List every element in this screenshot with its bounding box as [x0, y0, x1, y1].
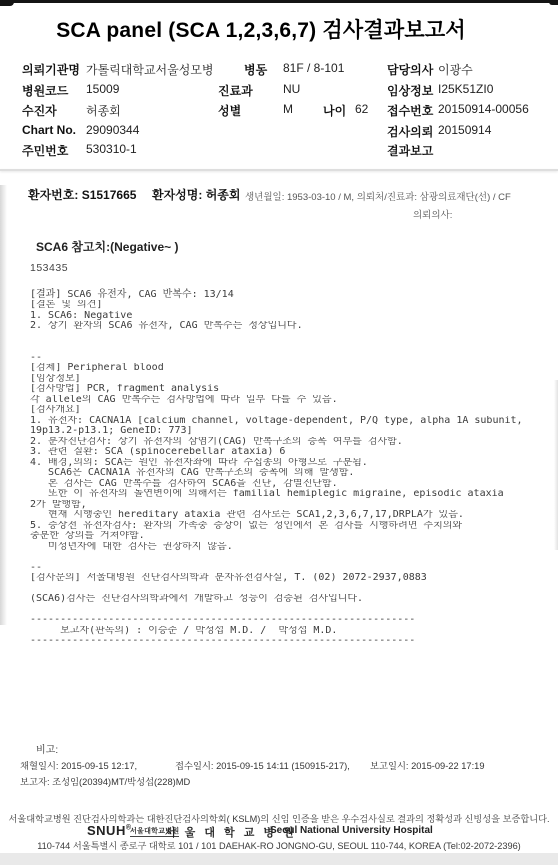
report-body-line: [검사방법] PCR, fragment analysis	[30, 384, 552, 395]
report-body-line: 4. 배경,의의: SCA는 원인 유전자좌에 따라 수십종의 아형으로 구분됨…	[30, 458, 552, 469]
requesting-org-value: 가톨릭대학교서울성모병	[86, 61, 214, 78]
hospital-logo-row: SNUH® 서울대학교병원 서 울 대 학 교 병 원 Seoul Nation…	[0, 823, 558, 836]
scan-corner-left	[0, 0, 14, 6]
sex-label: 성별	[218, 102, 241, 119]
resident-no-value: 530310-1	[86, 142, 137, 156]
clinical-info-label: 임상정보	[387, 82, 433, 99]
report-body-line: ----------------------------------------…	[30, 636, 552, 647]
attending-doctor-value: 이광수	[438, 61, 473, 78]
report-body-line: 1. 유전자: CACNA1A [calcium channel, voltag…	[30, 416, 552, 427]
hospital-name-en: Seoul National University Hospital	[270, 825, 433, 836]
report-body-line: 2. 분자진단검사: 상기 유전자의 삼염기(CAG) 반복구조의 증폭 여부를…	[30, 437, 552, 448]
scan-bottom-band	[0, 853, 558, 865]
test-request-value: 20150914	[438, 123, 491, 137]
requesting-org-label: 의뢰기관명	[22, 61, 80, 78]
report-body: [결론 및 의견]1. SCA6: Negative2. 상기 환자의 SCA6…	[30, 300, 552, 647]
receipt-no-value: 20150914-00056	[438, 102, 529, 116]
collection-timestamp: 채혈일시: 2015-09-15 12:17,	[20, 758, 137, 772]
scan-top-edge	[0, 0, 558, 3]
scan-corner-right	[549, 0, 558, 5]
examinee-value: 허종회	[86, 102, 121, 119]
report-body-line: 충분한 상의를 거쳐야함.	[30, 531, 552, 542]
scan-left-shadow	[0, 185, 7, 625]
report-body-line	[30, 605, 552, 616]
report-body-line: 현재 시행중인 hereditary ataxia 관련 검사로는 SCA1,2…	[30, 510, 552, 521]
department-value: NU	[283, 82, 300, 96]
report-body-line: --	[30, 353, 552, 364]
report-body-line: [검사개요]	[30, 405, 552, 416]
lab-report-page: SCA panel (SCA 1,2,3,6,7) 검사결과보고서 의뢰기관명 …	[0, 0, 558, 865]
age-value: 62	[355, 102, 368, 116]
sex-value: M	[283, 102, 293, 116]
report-body-line: 각 allele의 CAG 반복수는 검사방법에 따라 일부 다를 수 있음.	[30, 395, 552, 406]
report-body-line: (SCA6)검사는 진단검사의학과에서 개발하고 성능이 검증된 검사입니다.	[30, 594, 552, 605]
report-body-line	[30, 332, 552, 343]
chart-no-label: Chart No.	[22, 123, 76, 137]
hospital-address: 110-744 서울특별시 종로구 대학로 101 / 101 DAEHAK-R…	[0, 838, 558, 852]
report-body-line: [검사문의] 서울대병원 진단검사의학과 분자유전검사실, T. (02) 20…	[30, 573, 552, 584]
clinical-info-value: I25K51ZI0	[438, 82, 493, 96]
report-body-line: 본 검사는 CAG 반복수를 검사하여 SCA6을 진단, 감별진단함.	[30, 479, 552, 490]
report-body-line: 또한 이 유전자의 돌연변이에 의해서는 familial hemiplegic…	[30, 489, 552, 500]
remarks-label: 비고:	[36, 741, 58, 756]
age-label: 나이	[323, 102, 346, 119]
patient-birth-info: 생년월일: 1953-03-10 / M, 의뢰처/진료과: 삼광의료재단(선)…	[245, 189, 511, 203]
hospital-code-value: 15009	[86, 82, 119, 96]
reporter-line: 보고자: 조성임(20394)MT/박성섭(228)MD	[20, 774, 190, 788]
report-body-line: 2가 발행함,	[30, 500, 552, 511]
report-body-line: ----------------------------------------…	[30, 615, 552, 626]
department-label: 진료과	[218, 82, 253, 99]
specimen-number: 153435	[30, 262, 68, 274]
report-body-line: --	[30, 563, 552, 574]
report-body-line	[30, 342, 552, 353]
report-body-line: 보고자(판독의) : 이승준 / 박성섭 M.D. / 박성섭 M.D.	[30, 626, 552, 637]
attending-doctor-label: 담당의사	[387, 61, 433, 78]
snuh-wordmark: SNUH	[87, 823, 126, 838]
report-body-line: 미성년자에 대한 검사는 권장하지 않음.	[30, 542, 552, 553]
result-report-label: 결과보고	[387, 142, 433, 159]
referring-doctor: 의뢰의사:	[413, 207, 452, 221]
report-body-line: 5. 증상전 유전자검사: 환자의 가족중 증상이 없는 성인에서 본 검사를 …	[30, 521, 552, 532]
snuh-logo: SNUH®	[87, 823, 132, 838]
report-body-line: [검체] Peripheral blood	[30, 363, 552, 374]
header-divider	[0, 169, 558, 171]
report-body-line: SCA6은 CACNA1A 유전자의 CAG 반복구조의 증폭에 의해 발생함.	[30, 468, 552, 479]
report-body-line: [결론 및 의견]	[30, 300, 552, 311]
receipt-timestamp: 접수일시: 2015-09-15 14:11 (150915-217),	[175, 758, 350, 772]
report-body-line	[30, 552, 552, 563]
test-request-label: 검사의뢰	[387, 123, 433, 140]
report-body-line: 2. 상기 환자의 SCA6 유전자, CAG 반복수는 정상입니다.	[30, 321, 552, 332]
report-body-line	[30, 584, 552, 595]
ward-value: 81F / 8-101	[283, 61, 344, 75]
patient-number: 환자번호: S1517665	[28, 186, 136, 203]
hospital-code-label: 병원코드	[22, 82, 68, 99]
ward-label: 병동	[244, 61, 267, 78]
result-line: [결과] SCA6 유전자, CAG 반복수: 13/14	[30, 285, 234, 300]
report-timestamp: 보고일시: 2015-09-22 17:19	[370, 758, 485, 772]
chart-no-value: 29090344	[86, 123, 139, 137]
resident-no-label: 주민번호	[22, 142, 68, 159]
patient-name: 환자성명: 허종회	[152, 186, 240, 203]
report-title: SCA panel (SCA 1,2,3,6,7) 검사결과보고서	[0, 14, 522, 44]
examinee-label: 수진자	[22, 102, 57, 119]
reference-range-title: SCA6 참고치:(Negative~ )	[36, 238, 178, 255]
report-body-line: [임상정보]	[30, 374, 552, 385]
report-body-line: 19p13.2-p13.1; GeneID: 773]	[30, 426, 552, 437]
scan-right-shadow	[554, 380, 558, 550]
receipt-no-label: 접수번호	[387, 102, 433, 119]
report-body-line: 1. SCA6: Negative	[30, 311, 552, 322]
report-body-line: 3. 관련 질환: SCA (spinocerebellar ataxia) 6	[30, 447, 552, 458]
